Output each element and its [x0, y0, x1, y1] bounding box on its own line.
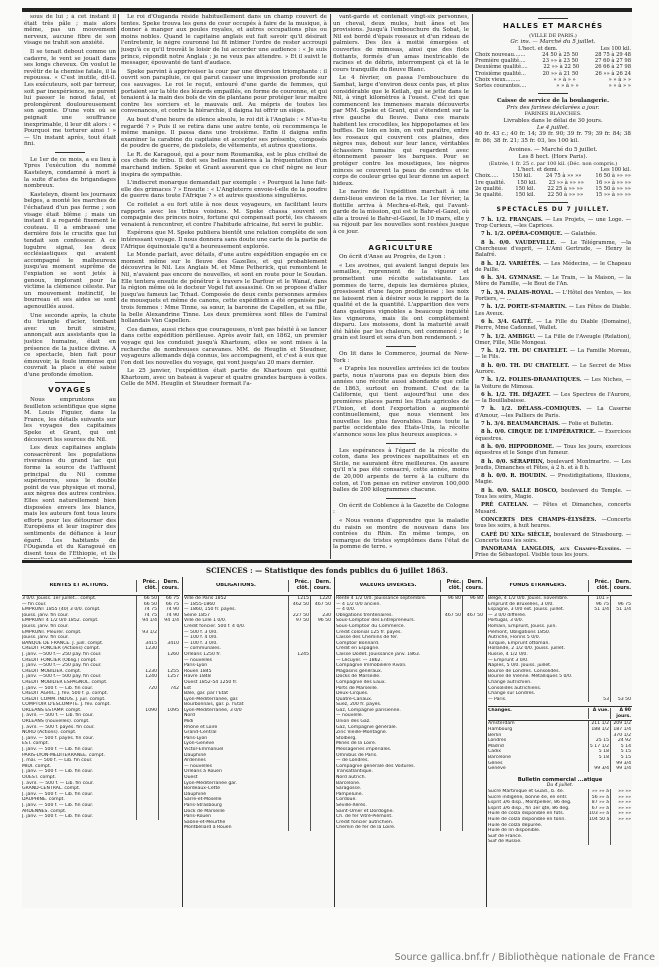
divider — [386, 498, 416, 499]
commodity-name: Suif de Russie. — [488, 839, 588, 845]
spectacle-entry: 7 h. 1/2. AMBIGU. — La Fille de l'Aveugl… — [475, 334, 631, 347]
spectacle-time: 7 h. 1/2. — [481, 304, 506, 310]
changes-h1: A vue. — [588, 708, 610, 719]
market-price-kil: » » à » » — [609, 83, 631, 89]
table-header-last: Dern. cours. — [462, 580, 484, 591]
spectacle-entry: 7 h. 1/2. PORTE-ST-MARTIN. — Les Fêtes d… — [475, 304, 631, 317]
spectacle-venue: PRÉ CATELAN. — [481, 502, 528, 508]
table-header: FONDS ÉTRANGERS.Préc. clôt.Dern. cours. — [488, 577, 632, 596]
spectacle-entry: 8 h. 0/0. TH. DU CHATELET. — Le Secret d… — [475, 363, 631, 376]
spectacle-venue: DÉLASS.-COMIQUES. — [517, 406, 581, 412]
divider — [538, 93, 568, 94]
section-heading-spectacles: SPECTACLES DU 7 JUILLET. — [475, 207, 631, 214]
spectacle-time: 7 h. 1/2. — [481, 348, 506, 354]
prev-close — [136, 814, 158, 820]
changes-header: Changes.A vue.A 90 jours. — [488, 706, 632, 721]
spectacle-venue: VAUDEVILLE. — [515, 240, 556, 246]
section-heading-voyages: VOYAGES — [24, 387, 116, 394]
paragraph: Ce roitelet a eu fort utile à nos deux v… — [121, 202, 327, 228]
table-divider — [334, 577, 335, 907]
paragraph: On écrit de Coblence à la Gazette de Col… — [333, 503, 469, 516]
column-4: HALLES ET MARCHÉS (VILLE DE PARIS.) Gr. … — [475, 14, 631, 559]
spectacle-entry: 7 h. 1/2. DÉLASS.-COMIQUES. — La Caserne… — [475, 406, 631, 419]
bulletin-row: Suif de Russie. — [488, 839, 632, 845]
spectacle-entry: 8 h. 0/0. R. HOUDIN. — Prestidigitations… — [475, 473, 631, 486]
top-rule — [22, 8, 632, 12]
avoines-price-kil: 15 »» à »» »» — [596, 192, 631, 198]
spectacle-entry: 8 h. 0/0. VAUDEVILLE. — Le Télégramme, —… — [475, 240, 631, 259]
paragraph: Espérons que M. Speke publiera bientôt u… — [121, 230, 327, 250]
column-2: Le roi d'Ouganda réside habituellement d… — [121, 14, 327, 559]
market-table: Choix nouveau.......24 50 à 25 5028 75 à… — [475, 52, 631, 89]
spectacle-venue: AMBIGU. — [508, 334, 535, 340]
changes-sight: 99 3/4 — [588, 766, 610, 772]
spectacle-entry: 7 h. 3/4. BEAUMARCHAIS. — Folie et Bulle… — [475, 421, 631, 427]
paragraph: Le R. de Karagoué, qui a pour nom Rouman… — [121, 152, 327, 178]
table-obligations: OBLIGATIONS.Préc. clôt.Dern. cours.Ville… — [184, 577, 332, 831]
paragraph: sous de lui ; à cet instant il était trè… — [24, 14, 116, 47]
changes-label: Changes. — [488, 708, 588, 719]
spectacle-entry: 7 h. 1/2. OPÉRA-COMIQUE. — Galathée. — [475, 231, 631, 237]
spectacle-time: 7 h. 1/2. — [481, 334, 506, 340]
caisse-subtitle: Prix des farines déclarées a jour. — [475, 105, 631, 112]
table-row: Chemin de fer de la Loire. — [336, 825, 484, 831]
spectacle-entry: 8 h. 0/0. SALLE BOSCO, boulevard du Temp… — [475, 488, 631, 501]
divider — [55, 152, 85, 153]
table-divider — [182, 577, 183, 907]
finance-tables: RENTES ET ACTIONS.Préc. clôt.Dern. cours… — [22, 577, 632, 907]
table-header-prev: Préc. clôt. — [288, 580, 310, 591]
table-header: RENTES ET ACTIONS.Préc. clôt.Dern. cours… — [22, 577, 180, 596]
avoines-row: 3e qualité.150 kil.22 50 à »» »»15 »» à … — [475, 192, 631, 198]
table-header-last: Dern. cours. — [610, 580, 632, 591]
spectacle-time: 8 h. 0/0. — [481, 363, 507, 369]
divider — [386, 443, 416, 444]
changes-h2: A 90 jours. — [610, 708, 632, 719]
paragraph: Nous empruntons au feuilleton scientifiq… — [24, 397, 116, 443]
spectacle-entry: 7 h. 3/4. PALAIS-ROYAL. — L'Hôtel des Ve… — [475, 290, 631, 303]
spectacle-entry: 8 h. 0/0. SÉRAPHIN, boulevard Montmartre… — [475, 459, 631, 472]
security-name: Chemin de fer de la Loire. — [336, 825, 440, 831]
table-row: J. janv. — 500 f. — Lib. fin cour. — [22, 814, 180, 820]
paragraph: Le navire de l'expédition marchait à une… — [333, 189, 469, 235]
section-rule — [22, 560, 632, 563]
paragraph: Il se tenait debout comme un cadavre, le… — [24, 49, 116, 148]
table-header-label: FONDS ÉTRANGERS. — [488, 583, 588, 589]
table-header-label: VALEURS DIVERSES. — [336, 583, 440, 589]
paragraph: vant-garde et contenait vingt-six person… — [333, 14, 469, 73]
paragraph: « Nous venons d'apprendre que la maladie… — [333, 518, 469, 551]
spectacle-venue: GAITÉ. — [512, 319, 533, 325]
farines-label: FARINES BLANCHES. — [475, 111, 631, 118]
security-name: — Paris. — [488, 697, 588, 703]
last-price — [310, 825, 332, 831]
spectacle-venue: VARIÉTÉS. — [509, 261, 541, 267]
security-name: Montbéliard à Rouen — [184, 825, 288, 831]
spectacle-entry: 8 h. 1/2. VARIÉTÉS. — Les Médecins, — le… — [475, 261, 631, 274]
table-header-prev: Préc. clôt. — [440, 580, 462, 591]
spectacle-venue: FRANÇAIS. — [509, 217, 542, 223]
gr-ins-line: Gr. ins. — Marché du 5 juillet. — [475, 39, 631, 46]
paragraph: On écrit d'Anse au Progrès, de Lyon : — [333, 254, 469, 261]
market-label: Sortes courantes.... — [475, 83, 526, 89]
spectacle-venue: TH. DU CHATELET. — [509, 348, 568, 354]
paragraph: Kasteleyn, disent les journaux belges, a… — [24, 192, 116, 311]
table-header-label: OBLIGATIONS. — [184, 583, 288, 589]
market-price-hect: » » à » » — [556, 83, 578, 89]
spectacle-time: 8 h. 0/0. — [481, 488, 508, 494]
divider — [538, 18, 568, 19]
last-price — [462, 825, 484, 831]
spectacle-entry: 7 h. 1/2. FRANÇAIS. — Les Projets, — une… — [475, 217, 631, 230]
market-row: Sortes courantes....» » à » »» » à » » — [475, 83, 631, 89]
spectacle-venue: TH. DU CHATELET. — [510, 363, 569, 369]
spectacle-venue: OPÉRA-COMIQUE. — [507, 231, 563, 237]
prev-close — [440, 825, 462, 831]
paragraph: Au bout d'une heure de silence absolu, l… — [121, 117, 327, 150]
column-1: sous de lui ; à cet instant il était trè… — [24, 14, 116, 559]
security-name: J. janv. — 500 f. — Lib. fin cour. — [22, 814, 136, 820]
table-header-last: Dern. cours. — [310, 580, 332, 591]
changes-90d: 99 1/4 — [610, 766, 632, 772]
source-credit: Source gallica.bnf.fr / Bibliothèque nat… — [395, 952, 655, 963]
spectacles-list: 7 h. 1/2. FRANÇAIS. — Les Projets, — une… — [475, 217, 631, 559]
column-divider — [472, 14, 473, 559]
spectacle-time: 7 h. 1/2. — [481, 217, 507, 223]
spectacle-time: 6 h. 1/2. — [481, 392, 507, 398]
livrables-label: Livrables dans le délai de 30 jours. — [475, 118, 631, 125]
spectacle-venue: R. HOUDIN. — [510, 473, 547, 479]
paragraph: On lit dans le Commerce, journal de New-… — [333, 351, 469, 364]
spectacle-venue: PORTE-ST-MARTIN. — [508, 304, 567, 310]
table-divider — [486, 577, 487, 907]
table-header: VALEURS DIVERSES.Préc. clôt.Dern. cours. — [336, 577, 484, 596]
avoines-price-hect: 22 50 à »» »» — [548, 192, 584, 198]
changes-row: Genève99 3/499 1/4 — [488, 766, 632, 772]
paragraph: L'indiscret monarque demandait par exemp… — [121, 180, 327, 200]
spectacle-program: — Galathée. — [564, 231, 597, 237]
table-rentes-actions: RENTES ET ACTIONS.Préc. clôt.Dern. cours… — [22, 577, 180, 820]
spectacle-venue: CAFÉ DU XIXe SIÈCLE, — [481, 532, 552, 538]
column-divider — [330, 14, 331, 559]
spectacle-venue: CIRQUE DE L'IMPÉRATRICE. — [508, 429, 596, 435]
paragraph: « Les avoines, qui avaient langui depuis… — [333, 263, 469, 342]
spectacle-time: 7 h. 1/2. — [481, 231, 505, 237]
divider — [386, 240, 416, 241]
spectacle-time: 8 h. 0/0. — [481, 459, 507, 465]
paragraph: Speke parvint à apprivoiser la cour par … — [121, 69, 327, 115]
spectacle-entry: PRÉ CATELAN. — Fêtes et Dimanches, conce… — [475, 502, 631, 515]
section-heading-agriculture: AGRICULTURE — [333, 245, 469, 252]
prev-close: 53 — [588, 697, 610, 703]
table-header-label: RENTES ET ACTIONS. — [22, 583, 136, 589]
commodity-price-2 — [610, 839, 632, 845]
spectacle-venue: PALAIS-ROYAL. — [507, 290, 553, 296]
caisse-heading: Caisse de service de la boulangerie. — [475, 98, 631, 105]
paragraph: Ces dames, aussi riches que courageuses,… — [121, 327, 327, 367]
avoines-table: L'hect. et demi.Les 100 kil.Choix.....15… — [475, 167, 631, 198]
spectacle-time: 6 h. 3/4. — [481, 319, 509, 325]
last-price — [158, 814, 180, 820]
spectacle-entry: CONCERTS DES CHAMPS-ÉLYSÉES. —Concerts t… — [475, 517, 631, 530]
table-fonds-etrangers: FONDS ÉTRANGERS.Préc. clôt.Dern. cours.B… — [488, 577, 632, 845]
spectacle-entry: 8 h. 0/0. HIPPODROME. — Tous les jours, … — [475, 444, 631, 457]
commodity-price — [588, 839, 610, 845]
table-header-prev: Préc. clôt. — [136, 580, 158, 591]
spectacle-time: 8 h. 0/0. — [481, 473, 507, 479]
divider — [386, 346, 416, 347]
spectacle-venue: TH. DÉJAZET. — [509, 392, 551, 398]
paragraph: Le 1er de ce mois, a eu lieu à Ypres l'e… — [24, 157, 116, 190]
spectacle-venue: FOLIES-DRAMATIQUES. — [509, 377, 582, 383]
spectacle-time: 8 h. 0/0. — [481, 240, 511, 246]
spectacle-time: 8 h. 1/2. — [481, 261, 507, 267]
spectacle-entry: CAFÉ DU XIXe SIÈCLE, boulevard de Strasb… — [475, 532, 631, 545]
column-divider — [118, 14, 119, 559]
prev-close — [288, 825, 310, 831]
spectacle-entry: 7 h. 1/2. TH. DU CHATELET. — La Famille … — [475, 348, 631, 361]
paragraph: Le Monde parlait, avec détails, d'une au… — [121, 252, 327, 325]
paragraph: « D'après les nouvelles arrivées ici de … — [333, 366, 469, 439]
table-valeurs-diverses: VALEURS DIVERSES.Préc. clôt.Dern. cours.… — [336, 577, 484, 831]
spectacle-entry: 8 h. 0/0. CIRQUE DE L'IMPÉRATRICE. — Exe… — [475, 429, 631, 442]
divider — [55, 382, 85, 383]
farine-prices: 40 fr. 43 c.; 40 fr. 14; 39 fr. 90; 39 f… — [475, 131, 631, 144]
spectacle-venue: SALLE BOSCO, — [512, 488, 558, 494]
table-header: OBLIGATIONS.Préc. clôt.Dern. cours. — [184, 577, 332, 596]
spectacle-entry: PANORAMA LANGLOIS, aux Champs-Elysées. —… — [475, 546, 631, 559]
avoines-subtitle: Les 8 hect. (Hors Paris). — [475, 154, 631, 161]
spectacle-time: 7 h. 1/2. — [481, 406, 512, 412]
paragraph: Le 25 janvier, l'expédition était partie… — [121, 368, 327, 388]
spectacle-venue: BEAUMARCHAIS. — [507, 421, 560, 427]
spectacle-time: 7 h. 3/4. — [481, 421, 505, 427]
spectacle-time: 7 h. 3/4. — [481, 290, 505, 296]
farine-date: Le 4 juillet. — [475, 125, 631, 132]
avoines-note: (Entrée, 1 fr. 25 c. par 100 kil. (Déc. … — [475, 161, 631, 168]
section-heading-halles: HALLES ET MARCHÉS — [475, 23, 631, 30]
spectacle-venue: SÉRAPHIN, — [510, 459, 544, 465]
spectacle-entry: 6 h. 1/2. TH. DÉJAZET. — Les Spectres de… — [475, 392, 631, 405]
column-3: vant-garde et contenait vingt-six person… — [333, 14, 469, 559]
table-row: — Paris.5353 50 — [488, 697, 632, 703]
spectacle-program: — Folie et Bulletin. — [562, 421, 613, 427]
paragraph: Le roi d'Ouganda réside habituellement d… — [121, 14, 327, 67]
paragraph: Le 4 février, on passa l'embouchure du S… — [333, 75, 469, 187]
table-header-last: Dern. cours. — [158, 580, 180, 591]
avoines-weight: 150 kil. — [515, 192, 535, 198]
avoines-label: 3e qualité. — [475, 192, 503, 198]
table-header-prev: Préc. clôt. — [588, 580, 610, 591]
spectacle-time: 7 h. 1/2. — [481, 377, 506, 383]
paragraph: Une seconde après, la chute du triangle … — [24, 313, 116, 379]
table-row: Montbéliard à Rouen — [184, 825, 332, 831]
spectacle-time: 8 h. 0/0. — [481, 429, 506, 435]
changes-city: Genève — [488, 766, 588, 772]
paragraph: Les deux capitaines anglais consacrèrent… — [24, 445, 116, 559]
spectacle-entry: 6 h. 3/4. GYMNASE. — Le Train, — la Mais… — [475, 275, 631, 288]
paragraph: Les espérances à l'égard de la récolte d… — [333, 448, 469, 494]
avoines-heading: Avoines. — Marché du 5 juillet. — [475, 147, 631, 154]
spectacle-entry: 6 h. 3/4. GAITÉ. — La Fille du Diable (D… — [475, 319, 631, 332]
last-price: 53 50 — [610, 697, 632, 703]
finance-title: SCIENCES : — Statistique des fonds publi… — [22, 566, 632, 575]
divider — [538, 202, 568, 203]
spectacle-entry: 7 h. 1/2. FOLIES-DRAMATIQUES. — Les Nich… — [475, 377, 631, 390]
